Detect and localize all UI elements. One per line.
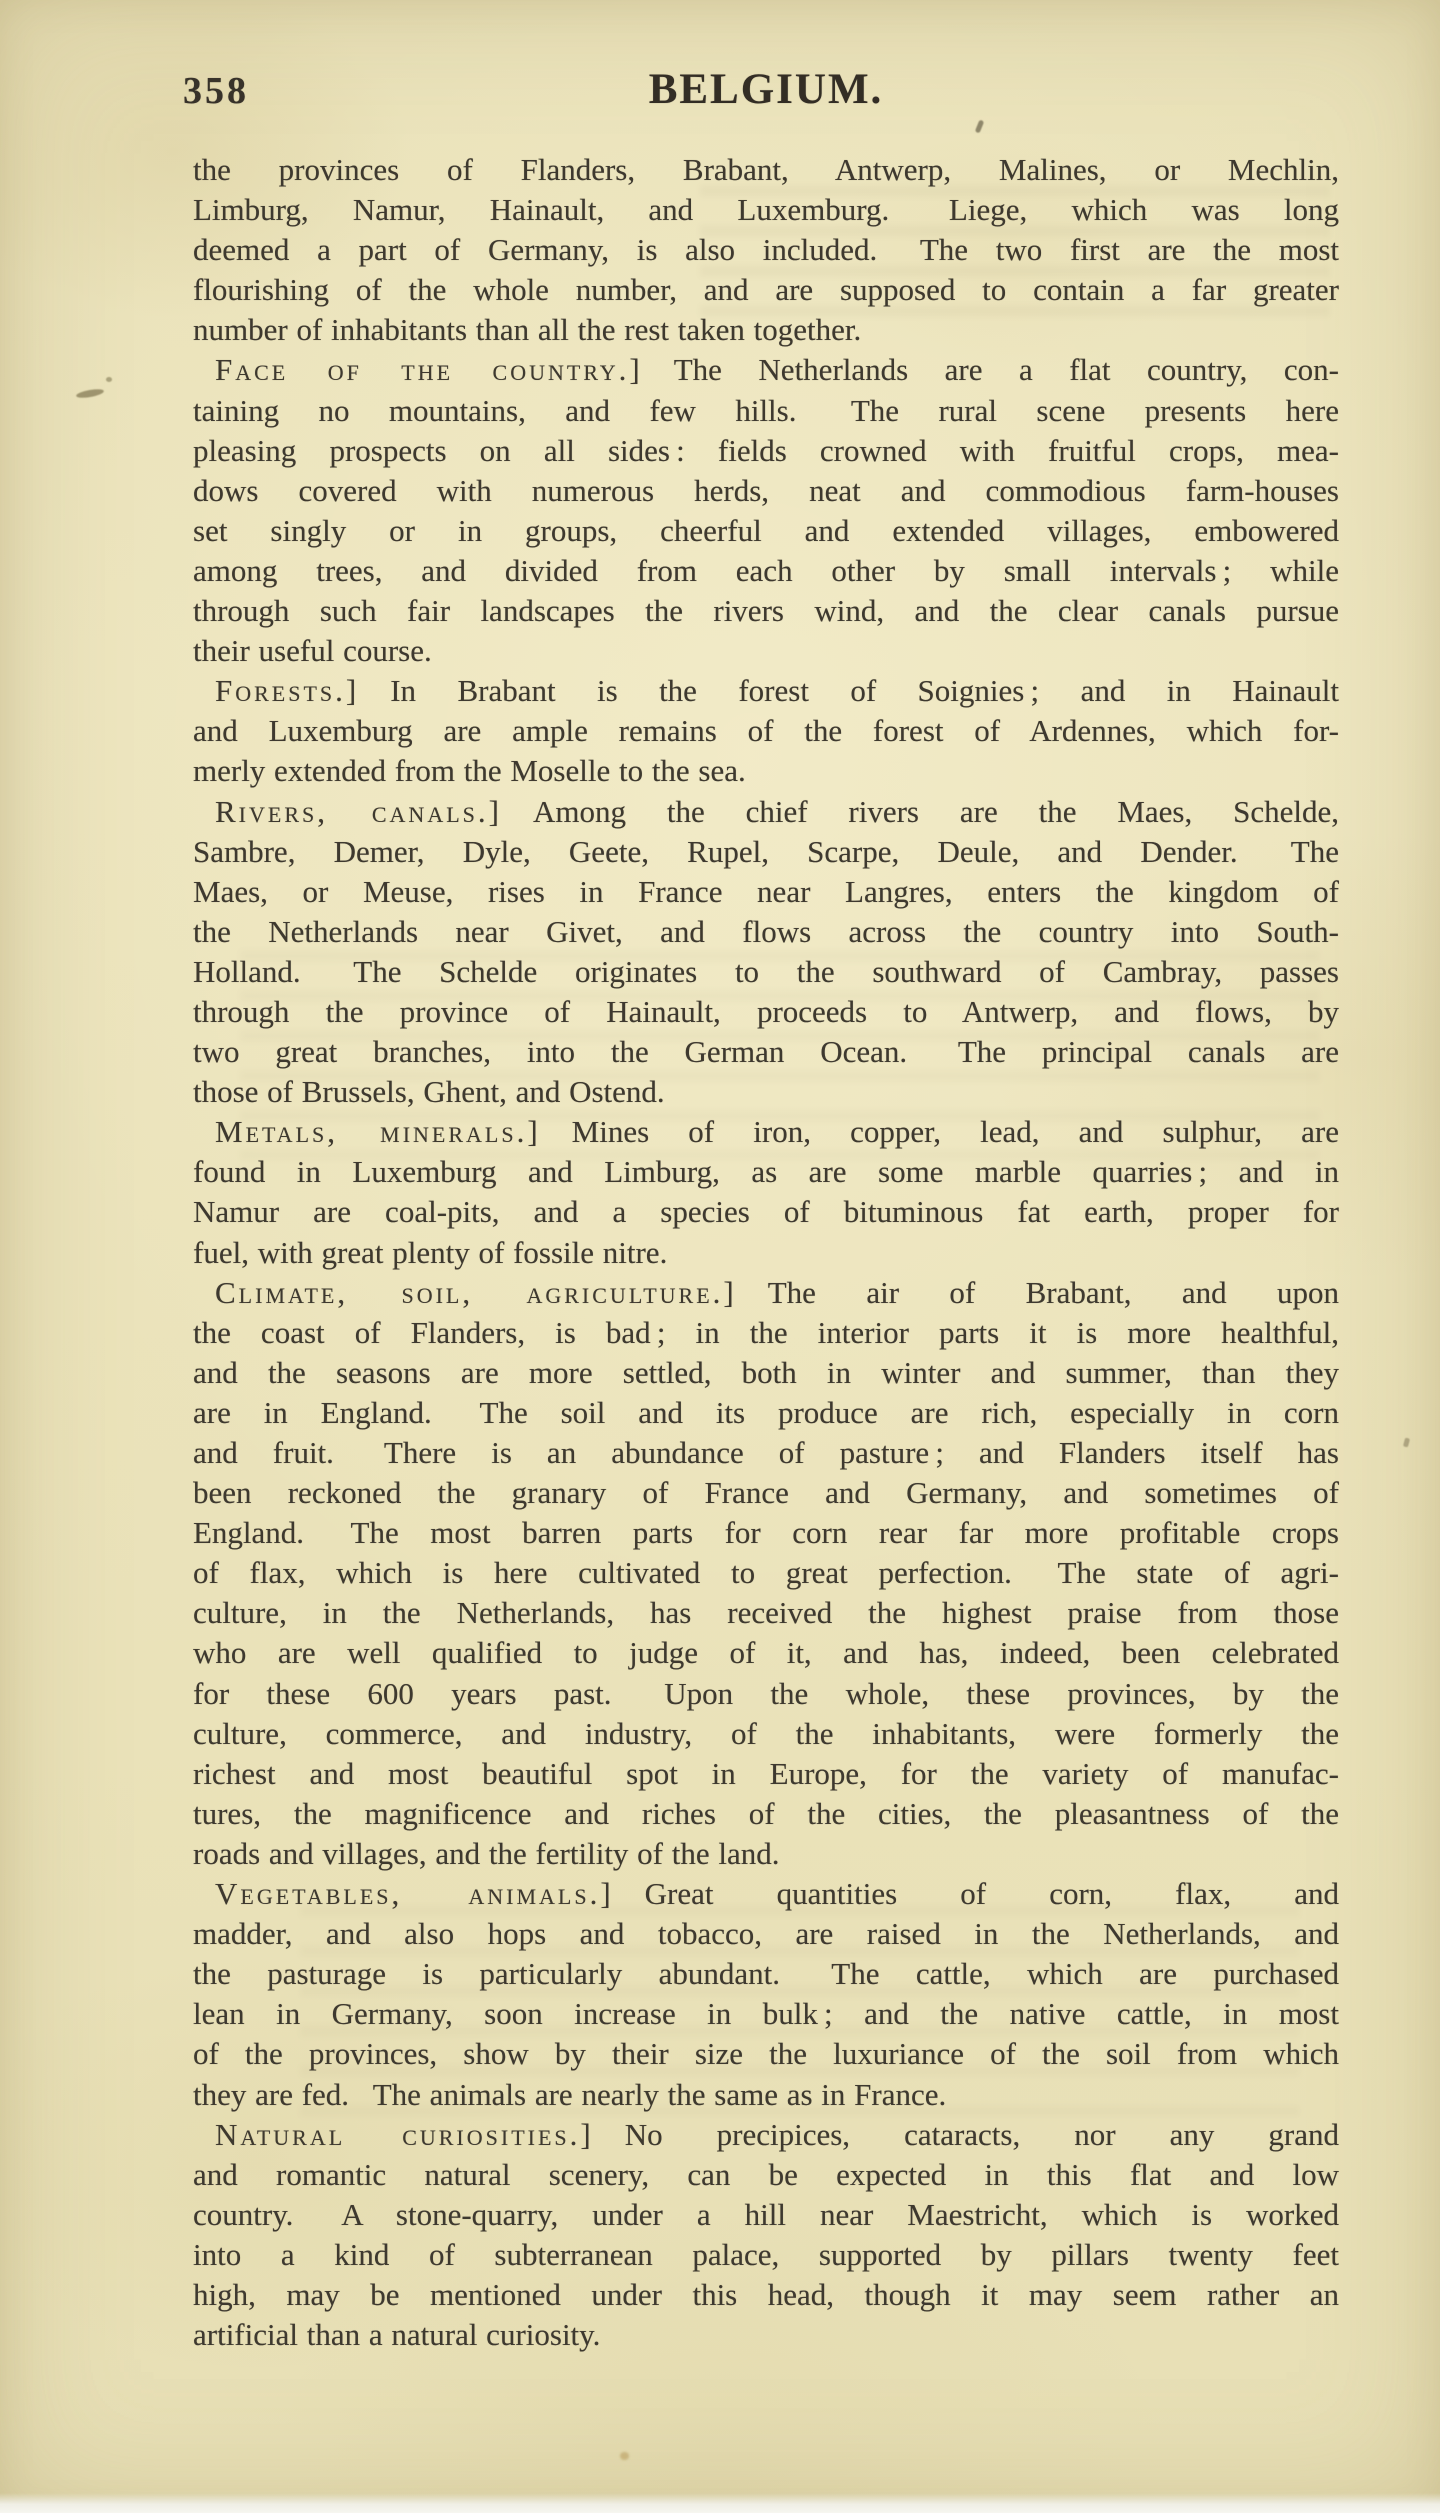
text-line: the coast of Flanders, is bad ; in the i… bbox=[193, 1313, 1339, 1353]
text-line: pleasing prospects on all sides : fields… bbox=[193, 431, 1339, 471]
text-line: country. A stone-quarry, under a hill ne… bbox=[193, 2195, 1339, 2235]
text-line: Rivers, canals.] Among the chief rivers … bbox=[193, 792, 1339, 832]
text-line: Holland. The Schelde originates to the s… bbox=[193, 952, 1339, 992]
text-line: flourishing of the whole number, and are… bbox=[193, 270, 1339, 310]
text-line: fuel, with great plenty of fossile nitre… bbox=[193, 1233, 1339, 1273]
text-line: and the seasons are more settled, both i… bbox=[193, 1353, 1339, 1393]
text-line: deemed a part of Germany, is also includ… bbox=[193, 230, 1339, 270]
text-column: the provinces of Flanders, Brabant, Antw… bbox=[193, 150, 1339, 2355]
text-line: of the provinces, show by their size the… bbox=[193, 2034, 1339, 2074]
section-heading: Forests.] bbox=[215, 673, 359, 708]
text-line: among trees, and divided from each other… bbox=[193, 551, 1339, 591]
text-line: and romantic natural scenery, can be exp… bbox=[193, 2155, 1339, 2195]
text-line: of flax, which is here cultivated to gre… bbox=[193, 1553, 1339, 1593]
text-line: culture, in the Netherlands, has receive… bbox=[193, 1593, 1339, 1633]
text-line: Natural curiosities.] No precipices, cat… bbox=[193, 2115, 1339, 2155]
text-line: Sambre, Demer, Dyle, Geete, Rupel, Scarp… bbox=[193, 832, 1339, 872]
text-line: the Netherlands near Givet, and flows ac… bbox=[193, 912, 1339, 952]
text-line: high, may be mentioned under this head, … bbox=[193, 2275, 1339, 2315]
section-heading: Natural curiosities.] bbox=[215, 2117, 594, 2152]
text-line: Vegetables, animals.] Great quantities o… bbox=[193, 1874, 1339, 1914]
text-line: set singly or in groups, cheerful and ex… bbox=[193, 511, 1339, 551]
running-title: BELGIUM. bbox=[649, 68, 884, 111]
book-page: 358 BELGIUM. the provinces of Flanders, … bbox=[0, 0, 1440, 2513]
text-line: madder, and also hops and tobacco, are r… bbox=[193, 1914, 1339, 1954]
text-line: artificial than a natural curiosity. bbox=[193, 2315, 1339, 2355]
text-line: richest and most beautiful spot in Europ… bbox=[193, 1754, 1339, 1794]
text-line: dows covered with numerous herds, neat a… bbox=[193, 471, 1339, 511]
text-line: Namur are coal-pits, and a species of bi… bbox=[193, 1192, 1339, 1232]
text-line: who are well qualified to judge of it, a… bbox=[193, 1633, 1339, 1673]
text-line: Climate, soil, agriculture.] The air of … bbox=[193, 1273, 1339, 1313]
text-line: for these 600 years past. Upon the whole… bbox=[193, 1674, 1339, 1714]
ink-smudge bbox=[76, 388, 105, 400]
text-line: taining no mountains, and few hills. The… bbox=[193, 391, 1339, 431]
ink-smudge bbox=[106, 377, 112, 382]
text-line: into a kind of subterranean palace, supp… bbox=[193, 2235, 1339, 2275]
ink-speck bbox=[975, 120, 985, 134]
ink-speck bbox=[1403, 1438, 1410, 1448]
text-line: through the province of Hainault, procee… bbox=[193, 992, 1339, 1032]
text-line: number of inhabitants than all the rest … bbox=[193, 310, 1339, 350]
text-line: and Luxemburg are ample remains of the f… bbox=[193, 711, 1339, 751]
section-heading: Climate, soil, agriculture.] bbox=[215, 1275, 737, 1310]
section-heading: Metals, minerals.] bbox=[215, 1114, 541, 1149]
page-bottom-edge bbox=[0, 2493, 1440, 2513]
text-line: the provinces of Flanders, Brabant, Antw… bbox=[193, 150, 1339, 190]
text-line: Metals, minerals.] Mines of iron, copper… bbox=[193, 1112, 1339, 1152]
section-heading: Vegetables, animals.] bbox=[215, 1876, 614, 1911]
text-line: lean in Germany, soon increase in bulk ;… bbox=[193, 1994, 1339, 2034]
text-line: England. The most barren parts for corn … bbox=[193, 1513, 1339, 1553]
text-line: roads and villages, and the fertility of… bbox=[193, 1834, 1339, 1874]
text-line: found in Luxemburg and Limburg, as are s… bbox=[193, 1152, 1339, 1192]
text-line: tures, the magnificence and riches of th… bbox=[193, 1794, 1339, 1834]
page-number: 358 bbox=[183, 72, 249, 110]
text-line: been reckoned the granary of France and … bbox=[193, 1473, 1339, 1513]
text-line: culture, commerce, and industry, of the … bbox=[193, 1714, 1339, 1754]
text-line: Forests.] In Brabant is the forest of So… bbox=[193, 671, 1339, 711]
text-line: Face of the country.] The Netherlands ar… bbox=[193, 350, 1339, 390]
text-line: Maes, or Meuse, rises in France near Lan… bbox=[193, 872, 1339, 912]
text-line: the pasturage is particularly abundant. … bbox=[193, 1954, 1339, 1994]
text-line: those of Brussels, Ghent, and Ostend. bbox=[193, 1072, 1339, 1112]
text-line: two great branches, into the German Ocea… bbox=[193, 1032, 1339, 1072]
text-line: Limburg, Namur, Hainault, and Luxemburg.… bbox=[193, 190, 1339, 230]
text-line: they are fed. The animals are nearly the… bbox=[193, 2075, 1339, 2115]
foxing-spot bbox=[620, 2452, 629, 2460]
text-line: are in England. The soil and its produce… bbox=[193, 1393, 1339, 1433]
text-line: and fruit. There is an abundance of past… bbox=[193, 1433, 1339, 1473]
text-line: their useful course. bbox=[193, 631, 1339, 671]
text-line: merly extended from the Moselle to the s… bbox=[193, 751, 1339, 791]
section-heading: Face of the country.] bbox=[215, 352, 643, 387]
text-line: through such fair landscapes the rivers … bbox=[193, 591, 1339, 631]
section-heading: Rivers, canals.] bbox=[215, 794, 502, 829]
